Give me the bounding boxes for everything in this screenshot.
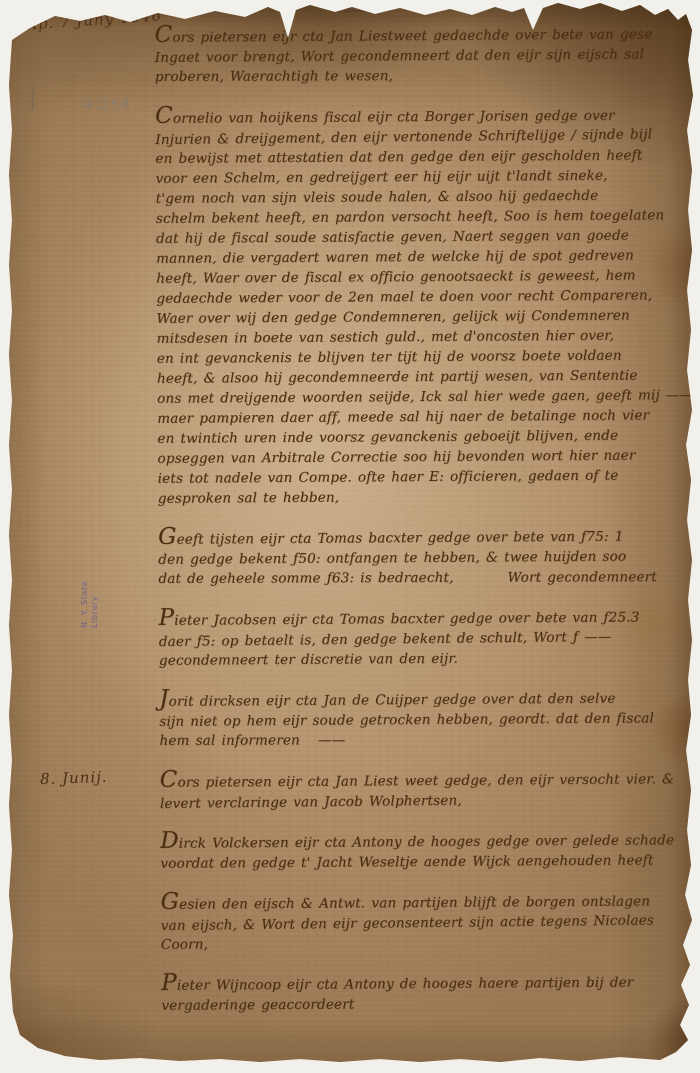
pencil-shelf-mark: 4:256 <box>84 99 132 114</box>
manuscript-line: hem sal informeren —— <box>159 729 694 751</box>
manuscript-paragraph: Geeft tijsten eijr cta Tomas bacxter ged… <box>158 526 693 590</box>
manuscript-line: gesproken sal te hebben, <box>158 485 693 509</box>
manuscript-line: proberen, Waerachtigh te wesen, <box>155 65 690 87</box>
manuscript-paragraph: Cors pietersen eijr cta Jan Liest weet g… <box>160 769 695 813</box>
manuscript-line: Ingaet voor brengt, Wort gecondemneert d… <box>155 44 690 68</box>
manuscript-scan-page: { "scan": { "background_color": "#f2f0ea… <box>0 0 700 1073</box>
margin-note-date-june8: 8. Junij. <box>40 769 108 787</box>
manuscript-paragraph: Dirck Volckersen eijr cta Antony de hoog… <box>160 830 695 874</box>
manuscript-paragraph: Gesien den eijsch & Antwt. van partijen … <box>161 891 696 955</box>
pencil-stroke <box>32 86 35 110</box>
manuscript-line: dat de geheele somme ƒ63: is bedraecht, … <box>158 567 693 589</box>
manuscript-line: vergaderinge geaccordeert <box>161 992 696 1016</box>
manuscript-line: sijn niet op hem eijr soude getrocken he… <box>159 708 694 732</box>
scan-background: Ap. 7 Juny 1646 259 4:256 N. Y. State Li… <box>0 0 700 1073</box>
manuscript-paragraph: Pieter Wijncoop eijr cta Antony de hooge… <box>161 972 696 1016</box>
margin-note-date-top: Ap. 7 Juny 1646 <box>26 7 163 32</box>
manuscript-line: den gedge bekent ƒ50: ontfangen te hebbe… <box>158 546 693 570</box>
page-number: 259 <box>344 2 369 16</box>
manuscript-paragraph: Cornelio van hoijkens fiscal eijr cta Bo… <box>155 105 693 509</box>
manuscript-text-column: Cors pietersen eijr cta Jan Liestweet ge… <box>154 24 696 1037</box>
manuscript-line: iets tot nadele van Compe. ofte haer E: … <box>158 465 693 489</box>
manuscript-line: Pieter Wijncoop eijr cta Antony de hooge… <box>161 972 696 996</box>
manuscript-paragraph: Cors pietersen eijr cta Jan Liestweet ge… <box>154 24 689 88</box>
manuscript-paper: Ap. 7 Juny 1646 259 4:256 N. Y. State Li… <box>0 0 700 1073</box>
manuscript-line: voordat den gedge t' Jacht Weseltje aend… <box>160 850 695 874</box>
manuscript-paragraph: Jorit dircksen eijr cta Jan de Cuijper g… <box>159 688 694 752</box>
manuscript-paragraph: Pieter Jacobsen eijr cta Tomas bacxter g… <box>159 607 694 671</box>
library-stamp: N. Y. State Library <box>80 548 100 628</box>
